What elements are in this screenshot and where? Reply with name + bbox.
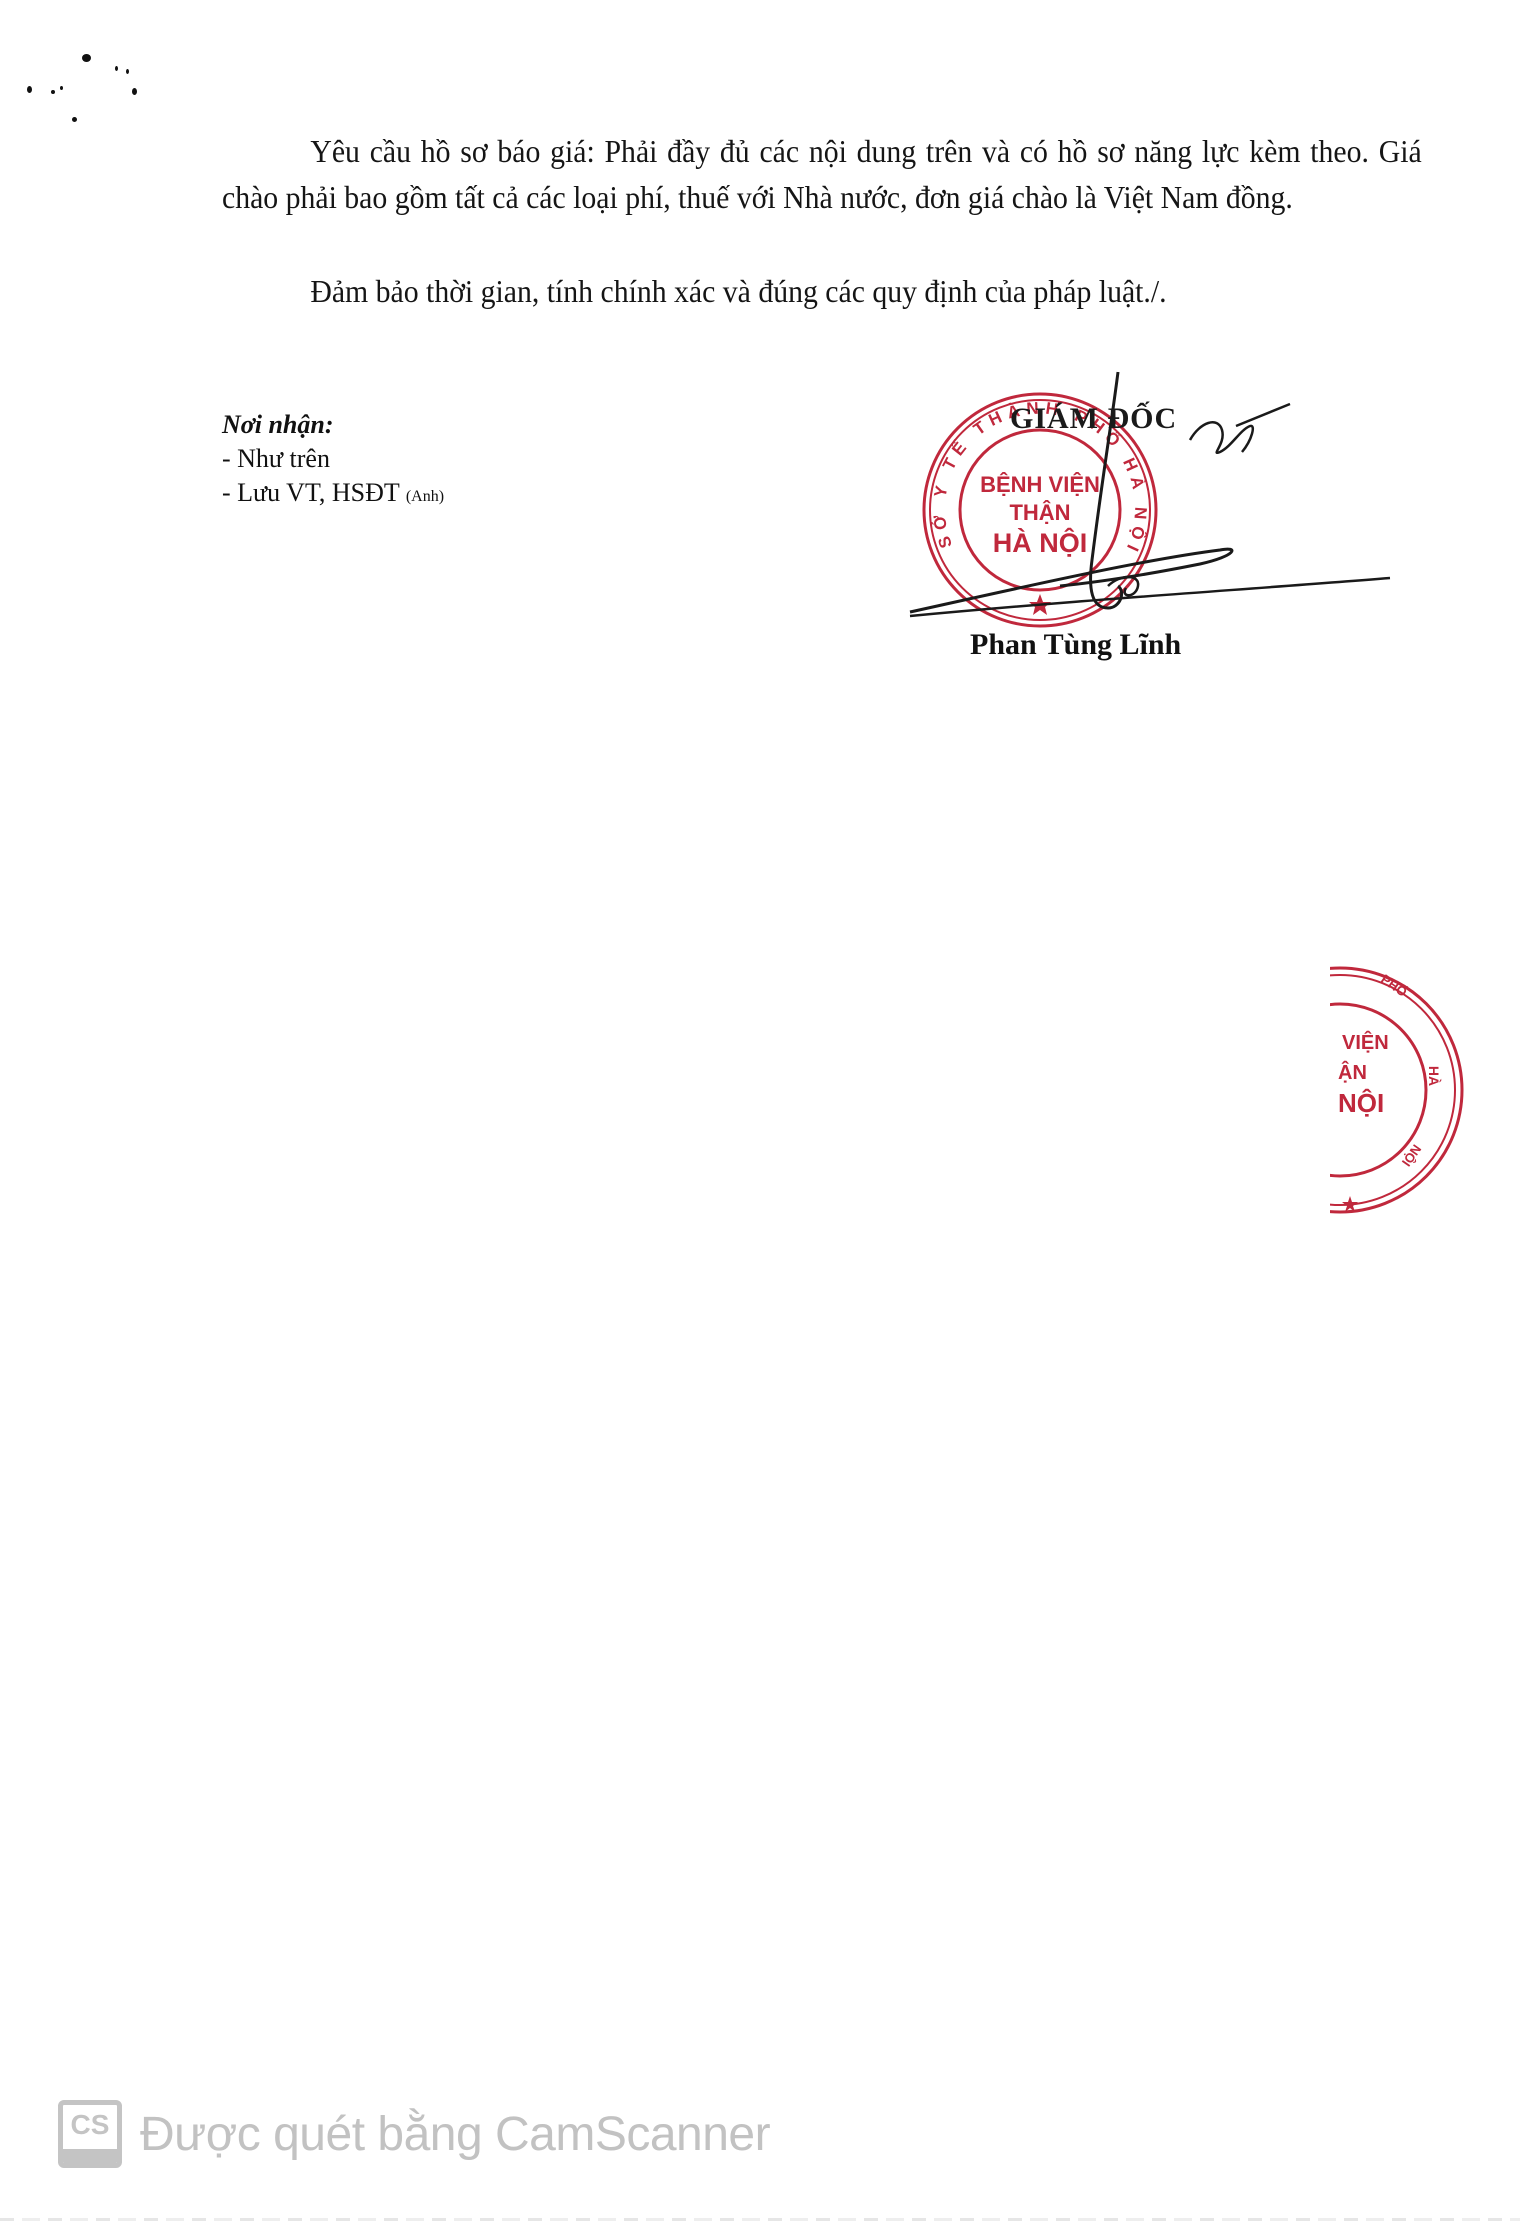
camscanner-watermark: CS Được quét bằng CamScanner (58, 2100, 770, 2168)
overlap-seal-line-3: NỘI (1338, 1088, 1384, 1119)
scan-speck (60, 86, 63, 90)
paragraph-assurance: Đảm bảo thời gian, tính chính xác và đún… (222, 268, 1422, 314)
signature-block: SỞ Y TẾ THÀNH PHỐ HÀ NỘI BỆNH VIỆN THẬN … (880, 360, 1420, 680)
scan-edge-noise (0, 2218, 1520, 2221)
recipient-note: (Anh) (406, 488, 444, 505)
scan-speck (51, 90, 55, 94)
signer-name: Phan Tùng Lĩnh (970, 628, 1181, 662)
camscanner-logo-icon: CS (58, 2100, 122, 2168)
camscanner-logo-text: CS (63, 2109, 117, 2141)
scan-speck (72, 117, 77, 122)
recipient-item: - Lưu VT, HSĐT (Anh) (222, 476, 444, 514)
watermark-text: Được quét bằng CamScanner (140, 2107, 770, 2162)
scan-speck (126, 69, 129, 74)
recipient-item-text: - Lưu VT, HSĐT (222, 478, 399, 507)
overlap-seal-line-2: ẬN (1338, 1062, 1367, 1085)
paragraph-requirements: Yêu cầu hồ sơ báo giá: Phải đầy đủ các n… (222, 128, 1422, 220)
scan-speck (132, 88, 137, 95)
overlap-seal: VIỆN ẬN NỘI PHỐ HÀ NỘI (1330, 960, 1520, 1220)
scan-speck (82, 54, 91, 62)
recipients-title: Nơi nhận: (222, 408, 444, 442)
recipient-item: - Như trên (222, 442, 444, 476)
recipients-block: Nơi nhận: - Như trên - Lưu VT, HSĐT (Anh… (222, 408, 444, 514)
overlap-seal-ring-2: HÀ (1426, 1066, 1442, 1086)
scan-speck (27, 86, 32, 93)
scan-speck (115, 66, 118, 71)
overlap-seal-line-1: VIỆN (1342, 1032, 1389, 1055)
